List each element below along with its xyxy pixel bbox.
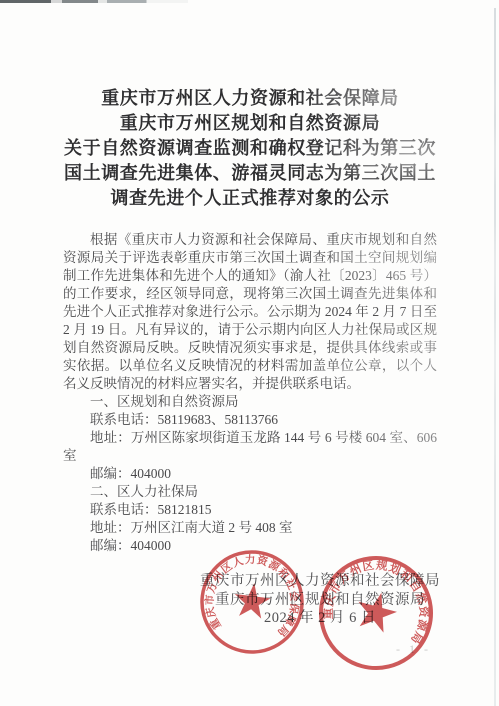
contact-2-zip-value: 404000: [131, 538, 172, 553]
title-line-3: 关于自然资源调查监测和确权登记科为第三次: [63, 136, 437, 161]
scan-artifact-right-edge: [494, 8, 496, 706]
contact-1-zip-label: 邮编：: [90, 466, 131, 481]
official-seal-hr-social-security: 重庆市万州区人力资源和社会保障局: [185, 535, 319, 669]
contact-1-phone-value: 58119683、58113766: [158, 412, 279, 427]
official-seal-planning-natural-resources: 重庆市万州区规划和自然资源局: [300, 537, 452, 689]
contact-2-address-value: 万州区江南大道 2 号 408 室: [131, 520, 293, 535]
document-content: 重庆市万州区人力资源和社会保障局 重庆市万州区规划和自然资源局 关于自然资源调查…: [63, 86, 437, 555]
document-title: 重庆市万州区人力资源和社会保障局 重庆市万州区规划和自然资源局 关于自然资源调查…: [63, 86, 437, 211]
contact-2-address-label: 地址：: [90, 520, 131, 535]
body-paragraph: 根据《重庆市人力资源和社会保障局、重庆市规划和自然资源局关于评选表彰重庆市第三次…: [63, 231, 437, 393]
contact-2-phone-label: 联系电话：: [90, 502, 158, 517]
scan-artifact-top-edge: [0, 0, 188, 3]
star-icon: [232, 581, 272, 620]
contact-2-phone-line: 联系电话：58121815: [63, 501, 437, 519]
contact-1-address-line: 地址：万州区陈家坝街道玉龙路 144 号 6 号楼 604 室、606 室: [63, 429, 437, 465]
contact-1-phone-line: 联系电话：58119683、58113766: [63, 411, 437, 429]
contact-2-zip-label: 邮编：: [90, 538, 131, 553]
contact-2-heading: 二、区人力社保局: [63, 483, 437, 501]
document-page: 重庆市万州区人力资源和社会保障局 重庆市万州区规划和自然资源局 关于自然资源调查…: [0, 0, 499, 706]
title-line-4: 国土调查先进集体、游福灵同志为第三次国土: [63, 161, 437, 186]
contact-1-zip-line: 邮编：404000: [63, 465, 437, 483]
contact-1-phone-label: 联系电话：: [90, 412, 158, 427]
contact-1-zip-value: 404000: [131, 466, 172, 481]
contact-2-address-line: 地址：万州区江南大道 2 号 408 室: [63, 519, 437, 537]
contact-1-address-label: 地址：: [90, 430, 131, 445]
contact-2-phone-value: 58121815: [158, 502, 212, 517]
contact-1-heading: 一、区规划和自然资源局: [63, 393, 437, 411]
star-icon: [352, 588, 400, 635]
title-line-2: 重庆市万州区规划和自然资源局: [63, 111, 437, 136]
title-line-5: 调查先进个人正式推荐对象的公示: [63, 186, 437, 211]
title-line-1: 重庆市万州区人力资源和社会保障局: [63, 86, 437, 111]
